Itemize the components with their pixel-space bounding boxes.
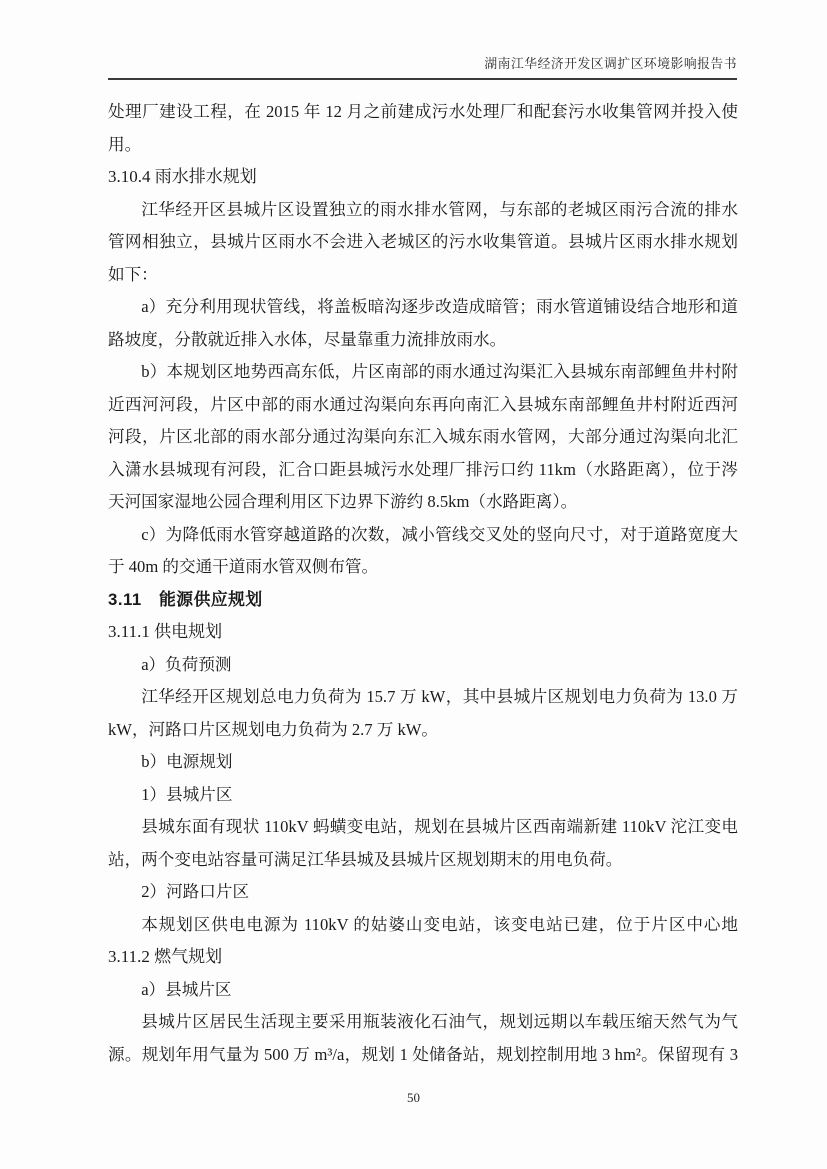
section-heading: 3.10.4 雨水排水规划 <box>108 161 738 194</box>
text-line: a）负荷预测 <box>108 649 738 682</box>
text-line: 如下： <box>108 259 738 292</box>
text-line: 天河国家湿地公园合理利用区下边界下游约 8.5km（水路距离）。 <box>108 486 738 519</box>
text-line: kW，河路口片区规划电力负荷为 2.7 万 kW。 <box>108 714 738 747</box>
text-line: 1）县城片区 <box>108 779 738 812</box>
text-line: c）为降低雨水管穿越道路的次数，减小管线交叉处的竖向尺寸，对于道路宽度大 <box>108 519 738 552</box>
text-line: a）县城片区 <box>108 974 738 1007</box>
section-heading: 3.11.1 供电规划 <box>108 616 738 649</box>
page-number: 50 <box>407 1090 420 1105</box>
text-line: 县城片区居民生活现主要采用瓶装液化石油气，规划远期以车载压缩天然气为气 <box>108 1006 738 1039</box>
text-line: 站，两个变电站容量可满足江华县城及县城片区规划期末的用电负荷。 <box>108 844 738 877</box>
text-line: 县城东面有现状 110kV 蚂蟥变电站，规划在县城片区西南端新建 110kV 沱… <box>108 811 738 844</box>
text-line: 处理厂建设工程，在 2015 年 12 月之前建成污水处理厂和配套污水收集管网并… <box>108 96 738 129</box>
text-line: a）充分利用现状管线，将盖板暗沟逐步改造成暗管；雨水管道铺设结合地形和道 <box>108 291 738 324</box>
header-title: 湖南江华经济开发区调扩区环境影响报告书 <box>484 56 737 72</box>
text-line: 本规划区供电电源为 110kV 的姑婆山变电站，该变电站已建，位于片区中心地段。 <box>108 909 738 942</box>
page-footer: 50 <box>0 1090 827 1106</box>
text-line: 近西河河段，片区中部的雨水通过沟渠向东再向南汇入县城东南部鲤鱼井村附近西河 <box>108 389 738 422</box>
text-line: b）电源规划 <box>108 746 738 779</box>
text-line: 源。规划年用气量为 500 万 m³/a，规划 1 处储备站，规划控制用地 3 … <box>108 1039 738 1072</box>
text-line: 江华经开区规划总电力负荷为 15.7 万 kW，其中县城片区规划电力负荷为 13… <box>108 681 738 714</box>
text-line: b）本规划区地势西高东低，片区南部的雨水通过沟渠汇入县城东南部鲤鱼井村附 <box>108 356 738 389</box>
text-line: 管网相独立，县城片区雨水不会进入老城区的污水收集管道。县城片区雨水排水规划 <box>108 226 738 259</box>
header-rule <box>108 78 737 80</box>
text-line: 2）河路口片区 <box>108 876 738 909</box>
document-body: 处理厂建设工程，在 2015 年 12 月之前建成污水处理厂和配套污水收集管网并… <box>108 96 738 1071</box>
text-line: 河段，片区北部的雨水部分通过沟渠向东汇入城东雨水管网，大部分通过沟渠向北汇 <box>108 421 738 454</box>
text-line: 用。 <box>108 129 738 162</box>
section-heading: 3.11.2 燃气规划 <box>108 941 738 974</box>
text-line: 于 40m 的交通干道雨水管双侧布管。 <box>108 551 738 584</box>
text-line: 入潇水县城现有河段，汇合口距县城污水处理厂排污口约 11km（水路距离），位于涔 <box>108 454 738 487</box>
document-page: 湖南江华经济开发区调扩区环境影响报告书 处理厂建设工程，在 2015 年 12 … <box>0 0 827 1169</box>
text-line: 江华经开区县城片区设置独立的雨水排水管网，与东部的老城区雨污合流的排水 <box>108 194 738 227</box>
text-line: 路坡度，分散就近排入水体，尽量靠重力流排放雨水。 <box>108 324 738 357</box>
section-heading: 3.11 能源供应规划 <box>108 584 738 617</box>
